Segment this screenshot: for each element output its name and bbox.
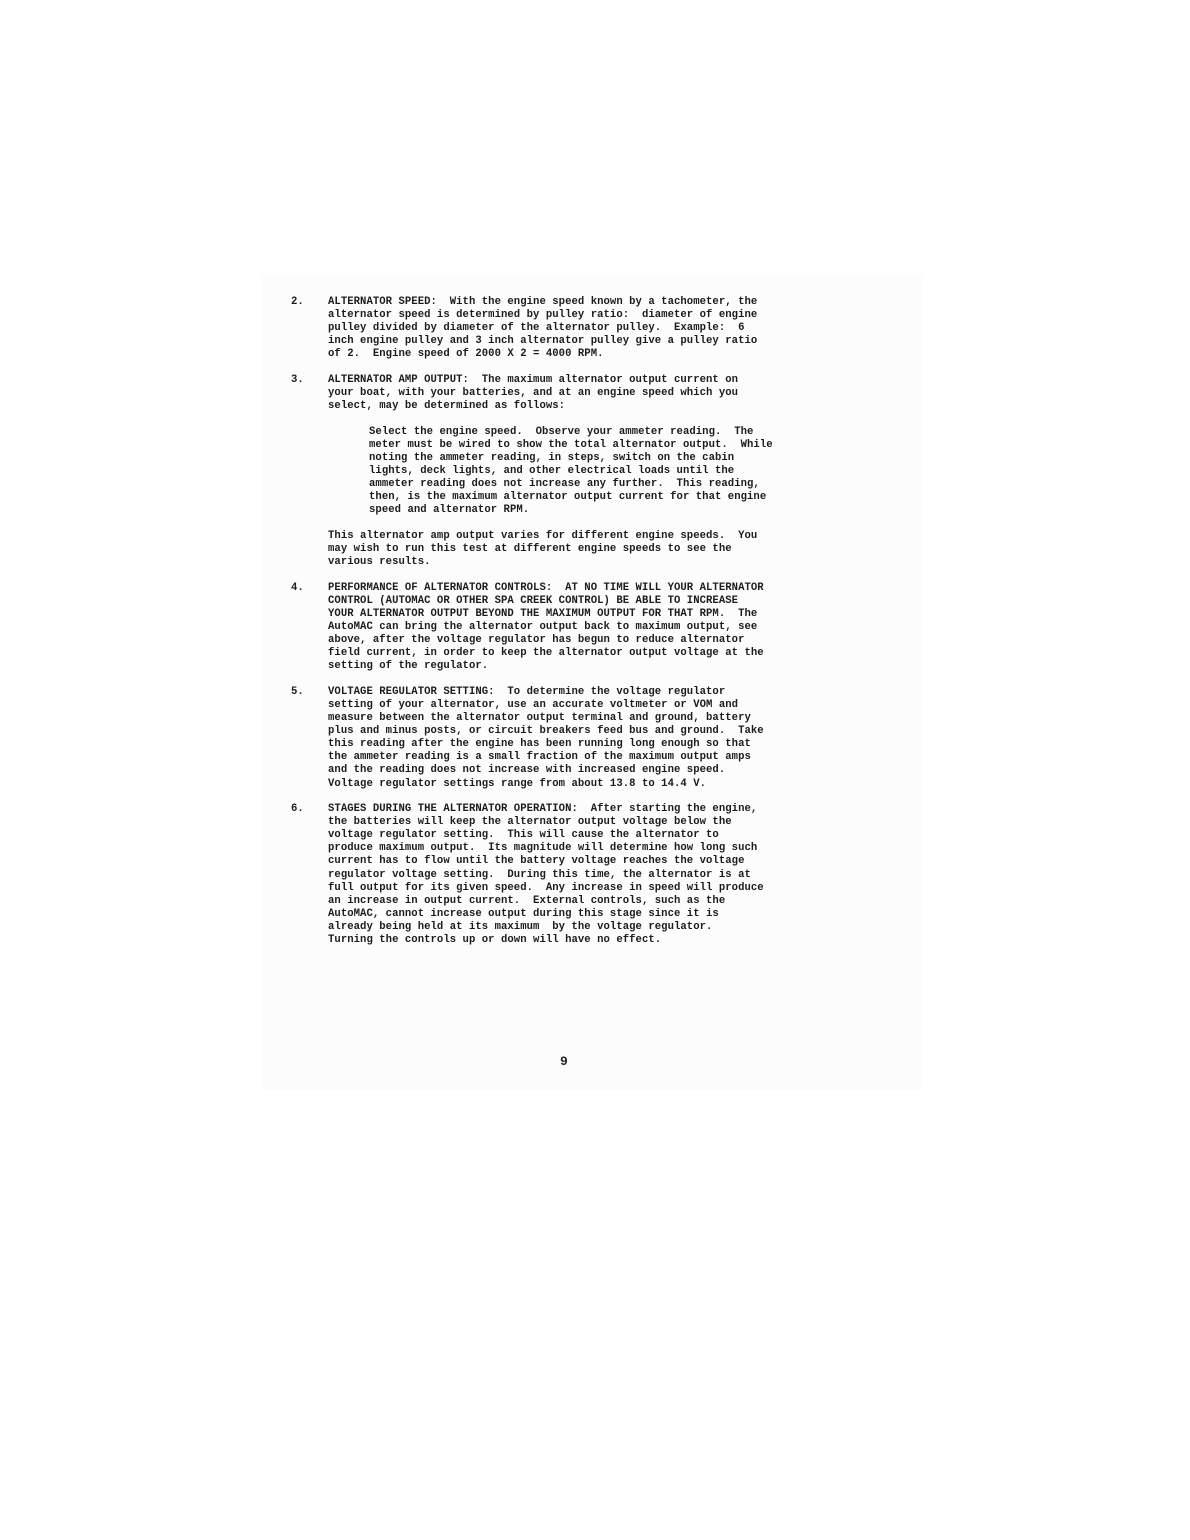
text-line: pulley divided by diameter of the altern… xyxy=(328,322,911,335)
text-line: inch engine pulley and 3 inch alternator… xyxy=(328,335,911,348)
text-line: produce maximum output. Its magnitude wi… xyxy=(328,842,911,855)
text-line: an increase in output current. External … xyxy=(328,895,911,908)
text-line: alternator speed is determined by pulley… xyxy=(328,309,911,322)
text-line: your boat, with your batteries, and at a… xyxy=(328,387,911,400)
section-number: 4. xyxy=(291,582,304,595)
text-line: select, may be determined as follows: xyxy=(328,400,911,413)
text-line: current has to flow until the battery vo… xyxy=(328,855,911,868)
text-line: setting of your alternator, use an accur… xyxy=(328,699,911,712)
text-line: YOUR ALTERNATOR OUTPUT BEYOND THE MAXIMU… xyxy=(328,608,911,621)
text-line: voltage regulator setting. This will cau… xyxy=(328,829,911,842)
text-line: speed and alternator RPM. xyxy=(369,504,911,517)
text-line: AutoMAC can bring the alternator output … xyxy=(328,621,911,634)
section-alternator-amp-output: 3. ALTERNATOR AMP OUTPUT: The maximum al… xyxy=(291,374,911,569)
text-line: This alternator amp output varies for di… xyxy=(328,530,911,543)
text-line: the ammeter reading is a small fraction … xyxy=(328,751,911,764)
section-stages-during-operation: 6. STAGES DURING THE ALTERNATOR OPERATIO… xyxy=(291,803,911,947)
text-line: various results. xyxy=(328,556,911,569)
text-line: VOLTAGE REGULATOR SETTING: To determine … xyxy=(328,686,911,699)
page-number: 9 xyxy=(560,1054,568,1069)
text-line: above, after the voltage regulator has b… xyxy=(328,634,911,647)
section-number: 2. xyxy=(291,296,304,309)
text-line: AutoMAC, cannot increase output during t… xyxy=(328,908,911,921)
text-line: CONTROL (AUTOMAC OR OTHER SPA CREEK CONT… xyxy=(328,595,911,608)
document-body: 2. ALTERNATOR SPEED: With the engine spe… xyxy=(291,296,911,960)
section-performance-of-controls: 4. PERFORMANCE OF ALTERNATOR CONTROLS: A… xyxy=(291,582,911,674)
section-number: 6. xyxy=(291,803,304,816)
section-voltage-regulator-setting: 5. VOLTAGE REGULATOR SETTING: To determi… xyxy=(291,686,911,791)
text-line: full output for its given speed. Any inc… xyxy=(328,882,911,895)
text-line: lights, deck lights, and other electrica… xyxy=(369,465,911,478)
text-line: PERFORMANCE OF ALTERNATOR CONTROLS: AT N… xyxy=(328,582,911,595)
text-line: plus and minus posts, or circuit breaker… xyxy=(328,725,911,738)
text-line: STAGES DURING THE ALTERNATOR OPERATION: … xyxy=(328,803,911,816)
text-line: meter must be wired to show the total al… xyxy=(369,439,911,452)
text-line: and the reading does not increase with i… xyxy=(328,764,911,777)
section-alternator-speed: 2. ALTERNATOR SPEED: With the engine spe… xyxy=(291,296,911,361)
text-line: this reading after the engine has been r… xyxy=(328,738,911,751)
section-number: 3. xyxy=(291,374,304,387)
text-line: noting the ammeter reading, in steps, sw… xyxy=(369,452,911,465)
text-line: then, is the maximum alternator output c… xyxy=(369,491,911,504)
text-line: regulator voltage setting. During this t… xyxy=(328,869,911,882)
text-line: setting of the regulator. xyxy=(328,660,911,673)
text-line: Select the engine speed. Observe your am… xyxy=(369,426,911,439)
text-line: field current, in order to keep the alte… xyxy=(328,647,911,660)
text-line: ALTERNATOR SPEED: With the engine speed … xyxy=(328,296,911,309)
text-line: may wish to run this test at different e… xyxy=(328,543,911,556)
text-line: measure between the alternator output te… xyxy=(328,712,911,725)
text-line: the batteries will keep the alternator o… xyxy=(328,816,911,829)
text-line: ammeter reading does not increase any fu… xyxy=(369,478,911,491)
text-line: Voltage regulator settings range from ab… xyxy=(328,778,911,791)
text-line: of 2. Engine speed of 2000 X 2 = 4000 RP… xyxy=(328,348,911,361)
text-line: ALTERNATOR AMP OUTPUT: The maximum alter… xyxy=(328,374,911,387)
text-line: Turning the controls up or down will hav… xyxy=(328,934,911,947)
indented-procedure: Select the engine speed. Observe your am… xyxy=(328,426,911,518)
section-number: 5. xyxy=(291,686,304,699)
text-line: already being held at its maximum by the… xyxy=(328,921,911,934)
